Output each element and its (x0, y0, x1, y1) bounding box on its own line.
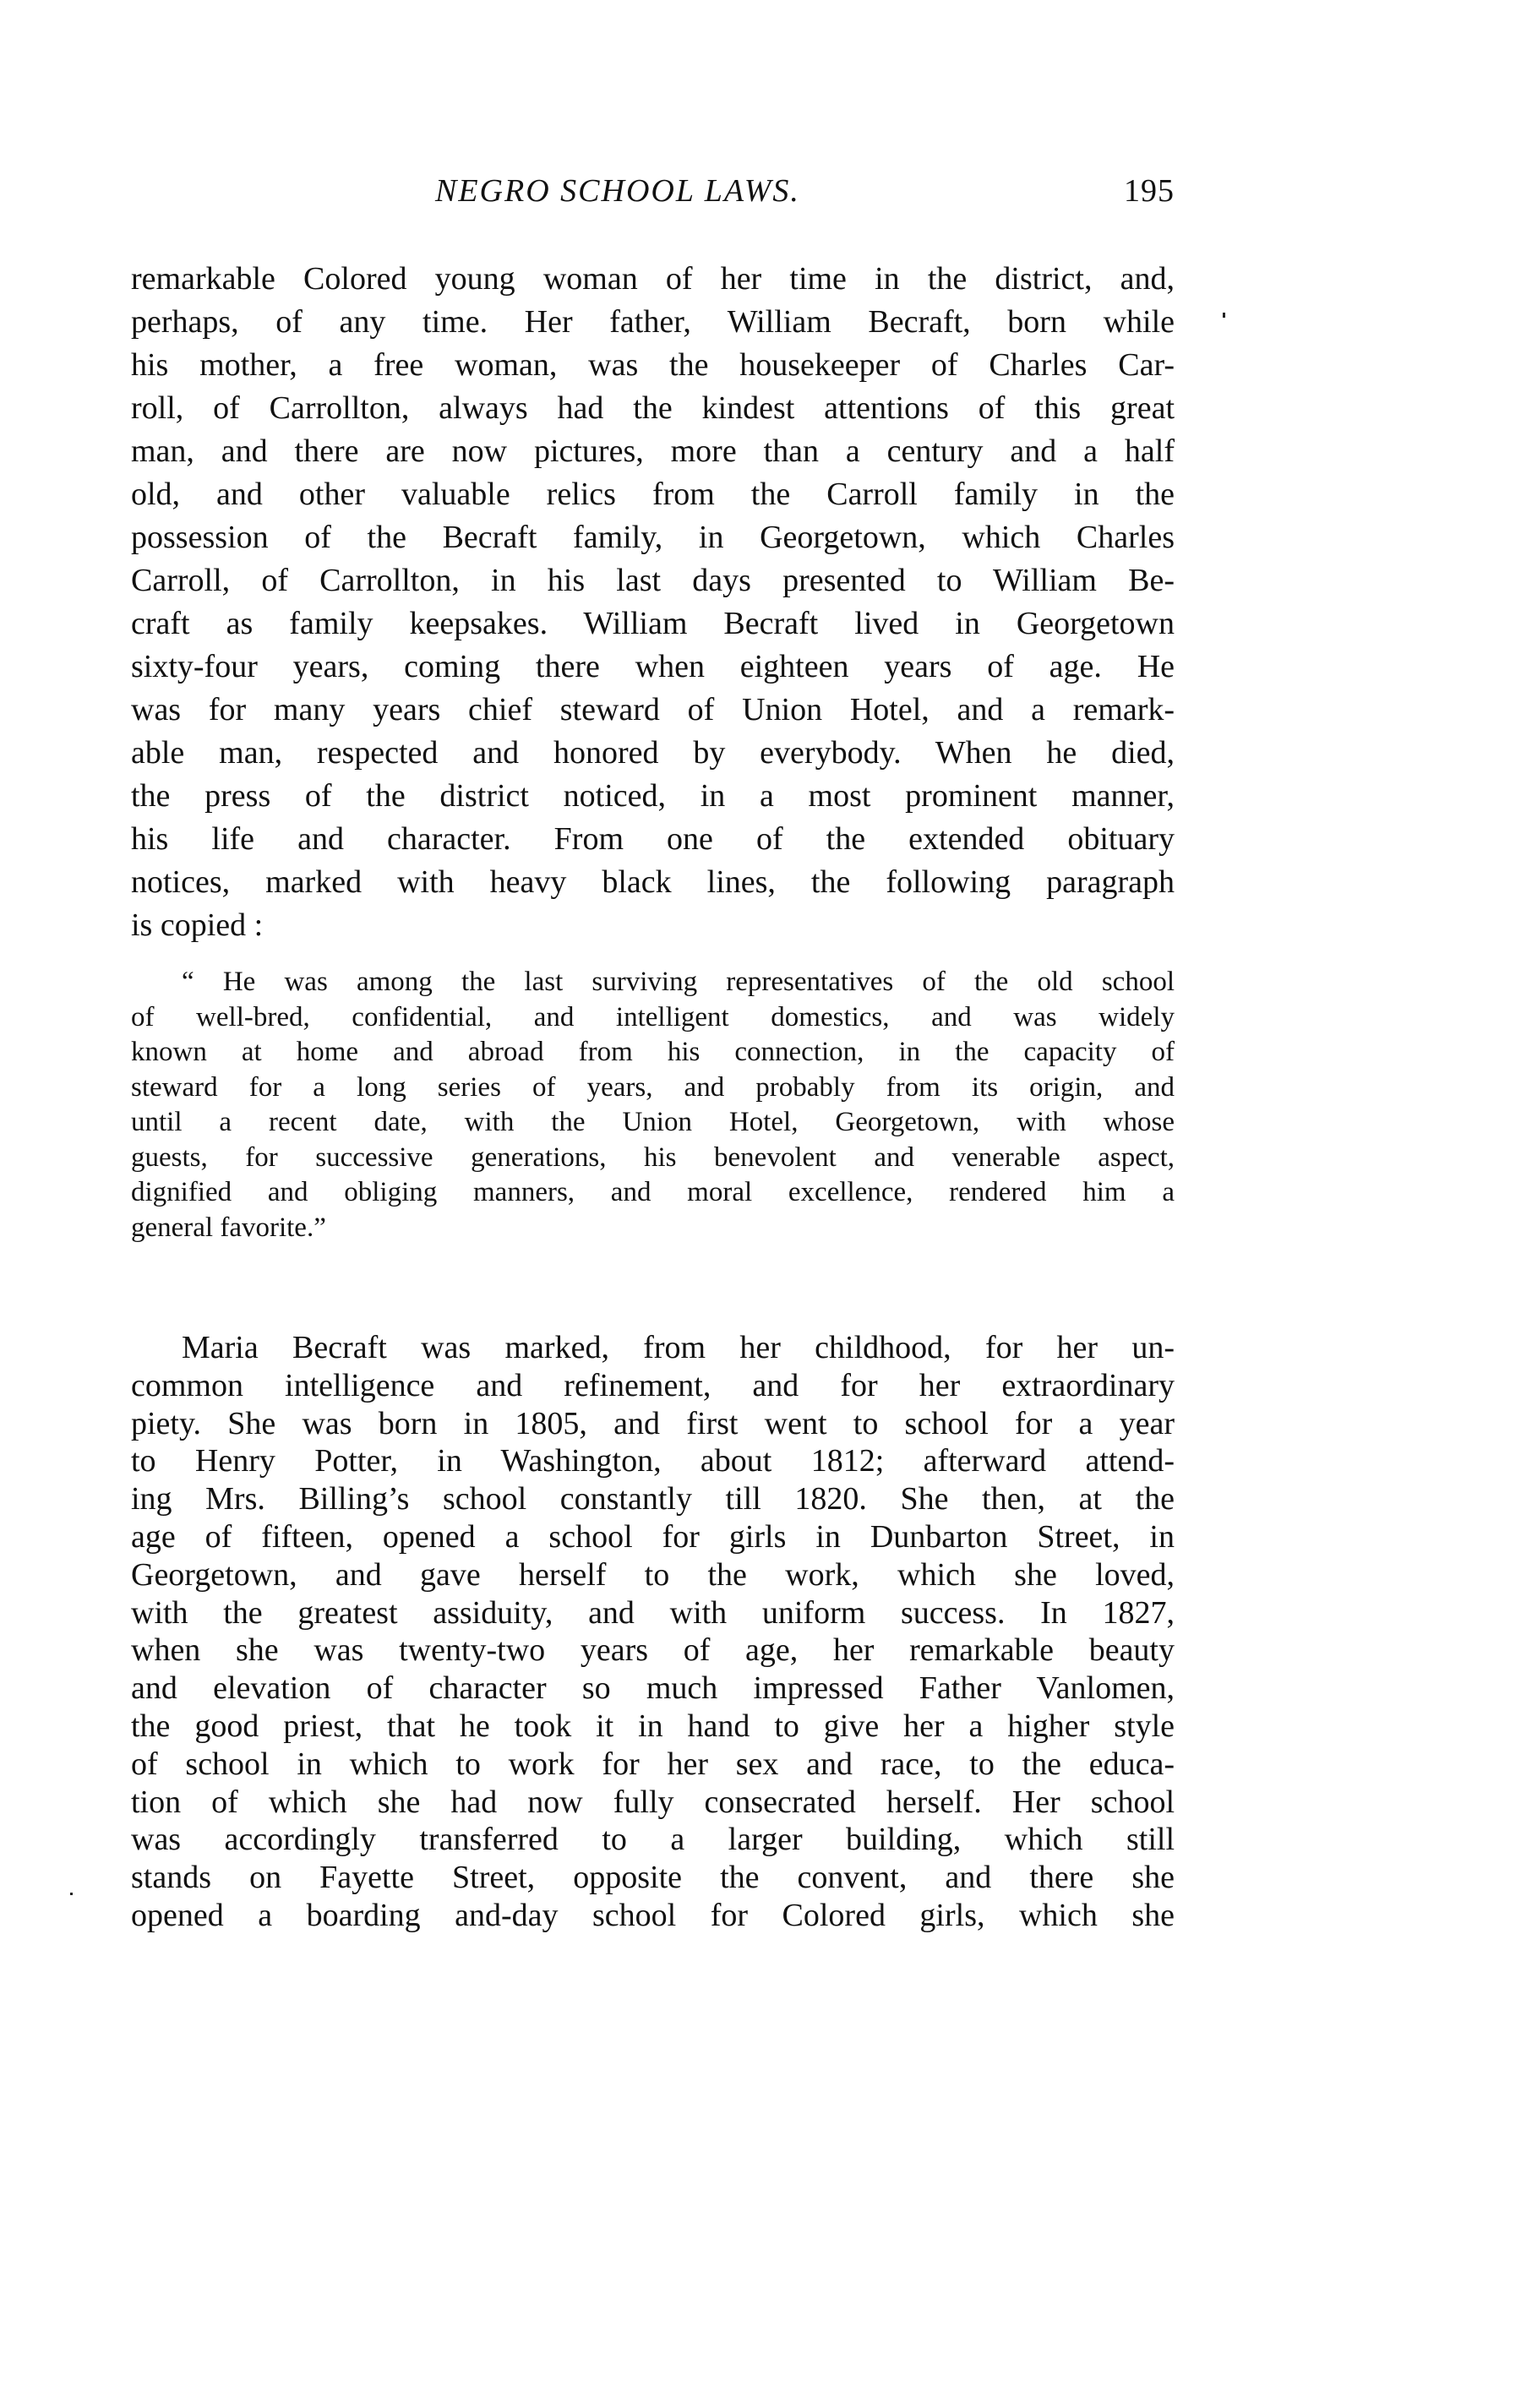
text-line: the good priest, that he took it in hand… (131, 1708, 1175, 1746)
page-number: 195 (1124, 166, 1175, 216)
text-line: opened a boarding and-day school for Col… (131, 1897, 1175, 1935)
obituary-quote: “ He was among the last surviving repres… (131, 965, 1175, 1245)
scan-speck (70, 1893, 73, 1895)
quote-line: known at home and abroad from his connec… (131, 1035, 1175, 1071)
text-line: was accordingly transferred to a larger … (131, 1821, 1175, 1859)
text-line: able man, respected and honored by every… (131, 732, 1175, 775)
text-line: notices, marked with heavy black lines, … (131, 861, 1175, 904)
book-page: NEGRO SCHOOL LAWS. 195 remarkable Colore… (0, 0, 1521, 2408)
running-title: NEGRO SCHOOL LAWS. (435, 166, 800, 216)
text-line: his mother, a free woman, was the housek… (131, 344, 1175, 387)
text-line: stands on Fayette Street, opposite the c… (131, 1859, 1175, 1897)
text-line: craft as family keepsakes. William Becra… (131, 602, 1175, 646)
paragraph-maria-becraft: Maria Becraft was marked, from her child… (131, 1329, 1175, 1935)
text-line: perhaps, of any time. Her father, Willia… (131, 301, 1175, 344)
text-line: piety. She was born in 1805, and first w… (131, 1405, 1175, 1443)
text-line: with the greatest assiduity, and with un… (131, 1594, 1175, 1632)
text-line: man, and there are now pictures, more th… (131, 430, 1175, 473)
text-line: when she was twenty-two years of age, he… (131, 1632, 1175, 1670)
scan-speck (1223, 313, 1225, 318)
text-line: his life and character. From one of the … (131, 818, 1175, 861)
text-line: Maria Becraft was marked, from her child… (131, 1329, 1175, 1367)
text-line: tion of which she had now fully consecra… (131, 1784, 1175, 1822)
text-line: roll, of Carrollton, always had the kind… (131, 387, 1175, 430)
paragraph-continued: remarkable Colored young woman of her ti… (131, 258, 1175, 947)
text-line: possession of the Becraft family, in Geo… (131, 516, 1175, 559)
quote-line: of well-bred, confidential, and intellig… (131, 1000, 1175, 1036)
text-line: sixty-four years, coming there when eigh… (131, 646, 1175, 689)
quote-line: until a recent date, with the Union Hote… (131, 1105, 1175, 1141)
quote-line: “ He was among the last surviving repres… (131, 965, 1175, 1000)
text-line: Carroll, of Carrollton, in his last days… (131, 559, 1175, 602)
text-line: remarkable Colored young woman of her ti… (131, 258, 1175, 301)
text-line: old, and other valuable relics from the … (131, 473, 1175, 516)
quote-line: steward for a long series of years, and … (131, 1071, 1175, 1106)
text-line: the press of the district noticed, in a … (131, 775, 1175, 818)
text-line: of school in which to work for her sex a… (131, 1746, 1175, 1784)
text-line: is copied : (131, 904, 1175, 947)
text-line: age of fifteen, opened a school for girl… (131, 1518, 1175, 1556)
running-head: NEGRO SCHOOL LAWS. 195 (131, 166, 1175, 216)
quote-line: general favorite.” (131, 1211, 1175, 1246)
text-line: ing Mrs. Billing’s school constantly til… (131, 1480, 1175, 1518)
text-line: to Henry Potter, in Washington, about 18… (131, 1442, 1175, 1480)
text-line: common intelligence and refinement, and … (131, 1367, 1175, 1405)
text-line: and elevation of character so much impre… (131, 1670, 1175, 1708)
text-line: Georgetown, and gave herself to the work… (131, 1556, 1175, 1594)
quote-line: dignified and obliging manners, and mora… (131, 1175, 1175, 1211)
text-line: was for many years chief steward of Unio… (131, 689, 1175, 732)
quote-line: guests, for successive generations, his … (131, 1141, 1175, 1176)
